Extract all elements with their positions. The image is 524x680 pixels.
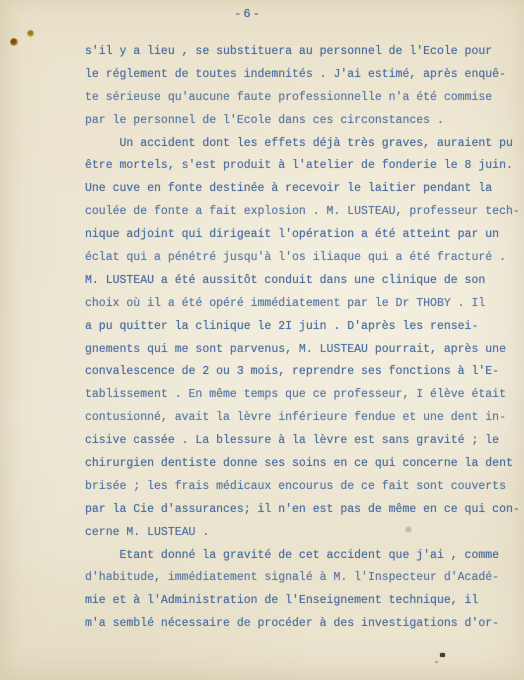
text-line: coulée de fonte a fait explosion . M. LU… xyxy=(85,201,521,224)
text-line: nique adjoint qui dirigeait l'opération … xyxy=(85,224,521,247)
text-line: par la Cie d'assurances; il n'en est pas… xyxy=(85,499,521,522)
text-line: cerne M. LUSTEAU . xyxy=(85,522,521,545)
text-line: te sérieuse qu'aucune faute professionne… xyxy=(85,87,521,110)
text-line: Une cuve en fonte destinée à recevoir le… xyxy=(85,178,521,201)
text-line: gnements qui me sont parvenus, M. LUSTEA… xyxy=(85,339,521,362)
text-line: cisive cassée . La blessure à la lèvre e… xyxy=(85,430,521,453)
text-line: choix où il a été opéré immédiatement pa… xyxy=(85,293,521,316)
text-line: brisée ; les frais médicaux encourus de … xyxy=(85,476,521,499)
text-line: d'habitude, immédiatement signalé à M. l… xyxy=(85,567,521,590)
text-line: mie et à l'Administration de l'Enseignem… xyxy=(85,590,521,613)
text-line: convalescence de 2 ou 3 mois, reprendre … xyxy=(85,361,521,384)
ink-speck xyxy=(440,653,445,657)
text-line: contusionné, avait la lèvre inférieure f… xyxy=(85,407,521,430)
text-line: a pu quitter la clinique le 2I juin . D'… xyxy=(85,316,521,339)
text-line: M. LUSTEAU a été aussitôt conduit dans u… xyxy=(85,270,521,293)
document-page: -6- s'il y a lieu , se substituera au pe… xyxy=(0,0,524,680)
text-line: Etant donné la gravité de cet accident q… xyxy=(85,545,521,568)
text-line: Un accident dont les effets déjà très gr… xyxy=(85,133,521,156)
text-line: s'il y a lieu , se substituera au person… xyxy=(85,41,521,64)
text-line: éclat qui a pénétré jusqu'à l'os iliaque… xyxy=(85,247,521,270)
text-line: par le personnel de l'Ecole dans ces cir… xyxy=(85,110,521,133)
text-line: le réglement de toutes indemnités . J'ai… xyxy=(85,64,521,87)
rust-stain xyxy=(27,30,34,37)
text-line: m'a semblé nécessaire de procéder à des … xyxy=(85,613,521,636)
page-number: -6- xyxy=(0,7,510,22)
ink-speck xyxy=(435,661,438,663)
text-line: être mortels, s'est produit à l'atelier … xyxy=(85,155,521,178)
rust-stain xyxy=(10,38,18,46)
text-line: chirurgien dentiste donne ses soins en c… xyxy=(85,453,521,476)
document-lines: s'il y a lieu , se substituera au person… xyxy=(85,41,521,636)
text-line: tablissement . En même temps que ce prof… xyxy=(85,384,521,407)
